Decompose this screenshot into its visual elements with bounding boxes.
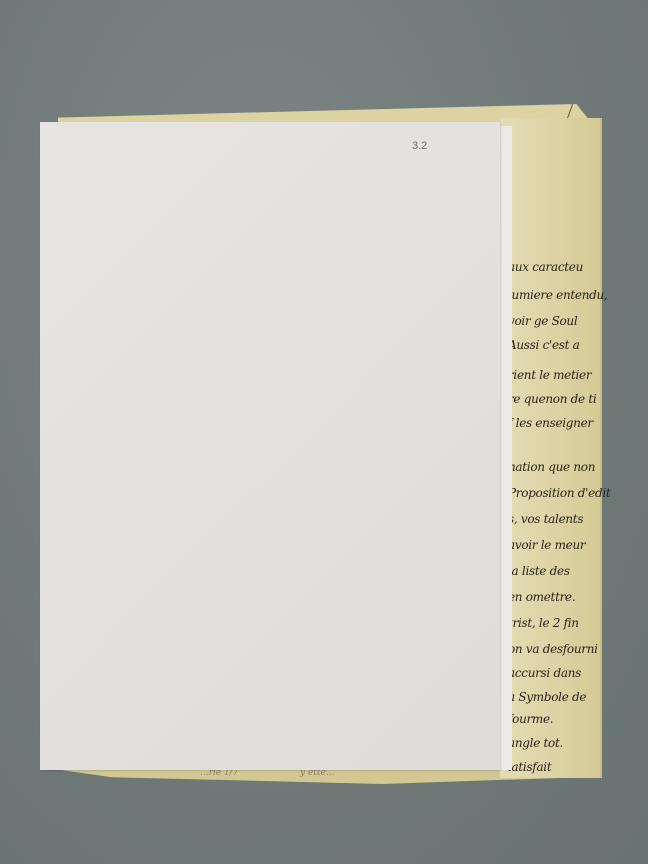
- manuscript-line: Aussi c'est a: [508, 338, 580, 352]
- manuscript-line: a Symbole de: [508, 690, 586, 704]
- manuscript-line: angle tot.: [508, 736, 563, 750]
- manuscript-line: nation que non: [508, 460, 595, 474]
- manuscript-line: Proposition d'edit: [508, 486, 610, 500]
- folio-number: 3.2: [412, 140, 427, 152]
- manuscript-line: accursi dans: [508, 666, 581, 680]
- manuscript-line: iatisfait: [508, 760, 551, 774]
- white-folder-cover: 3.2: [40, 122, 500, 770]
- manuscript-line: la liste des: [508, 564, 570, 578]
- manuscript-line: lumiere entendu,: [508, 288, 607, 302]
- manuscript-line: avoir le meur: [508, 538, 585, 552]
- manuscript-visible-strip: aux caracteu lumiere entendu, voir ge So…: [500, 118, 602, 778]
- manuscript-line: aux caracteu: [508, 260, 583, 274]
- manuscript-line: voir ge Soul: [508, 314, 577, 328]
- manuscript-line: trist, le 2 fin: [508, 616, 579, 630]
- manuscript-line: s, vos talents: [508, 512, 583, 526]
- manuscript-line: en omettre.: [508, 590, 575, 604]
- manuscript-line: f les enseigner: [508, 416, 593, 430]
- manuscript-line: re quenon de ti: [508, 392, 596, 406]
- manuscript-line: rient le metier: [508, 368, 591, 382]
- manuscript-line: fourme.: [508, 712, 553, 726]
- manuscript-line: on va desfourni: [508, 642, 598, 656]
